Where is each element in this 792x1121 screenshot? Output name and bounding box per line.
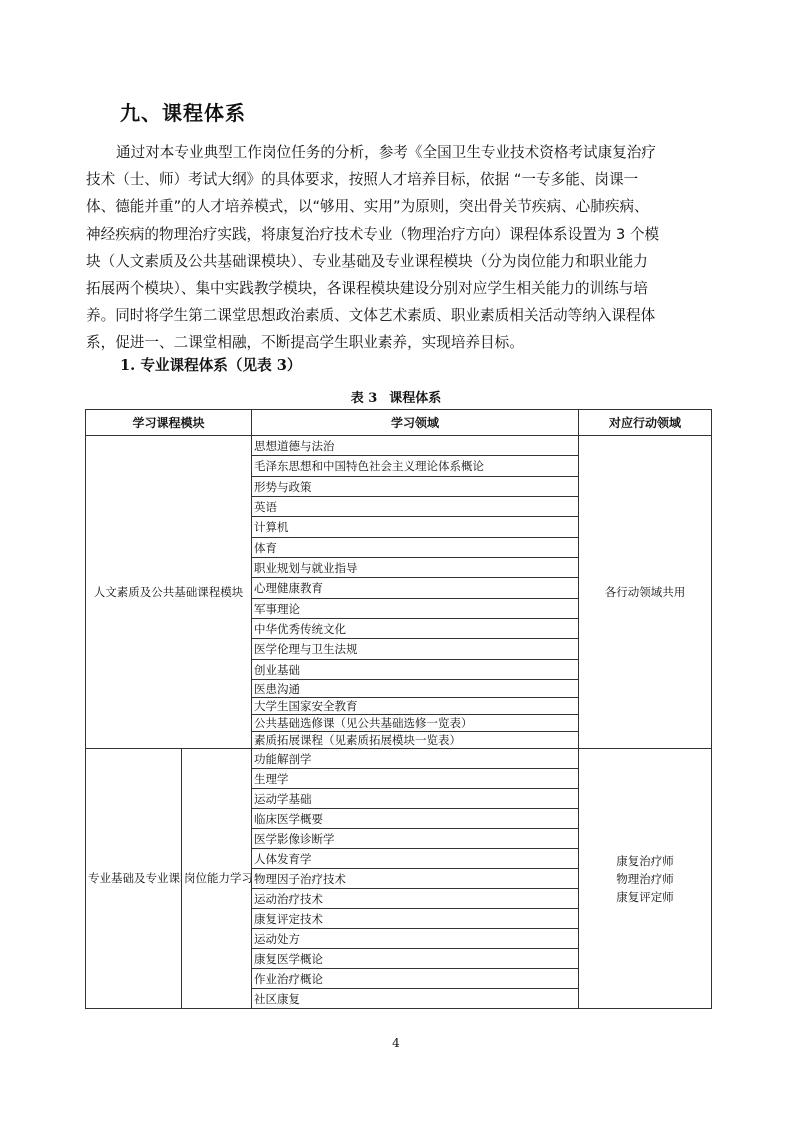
area-cell: 形势与政策: [252, 477, 579, 497]
table-row: 人文素质及公共基础课程模块思想道德与法治各行动领域共用: [86, 436, 712, 456]
table-caption-number: 表 3: [351, 391, 378, 406]
action-line: 康复评定师: [581, 888, 709, 906]
table-caption-title: 课程体系: [389, 391, 441, 406]
area-cell: 军事理论: [252, 599, 579, 619]
subsection-heading: 1. 专业课程体系（见表 3）: [120, 354, 302, 375]
area-cell: 作业治疗概论: [252, 969, 579, 989]
area-cell: 计算机: [252, 517, 579, 538]
table-caption: 表 3课程体系: [0, 387, 792, 406]
paragraph-line: 体、德能并重”的人才培养模式，以“够用、实用”为原则，突出骨关节疾病、心肺疾病、: [86, 193, 710, 220]
paragraph-line: 块（人文素质及公共基础课模块）、专业基础及专业课程模块（分为岗位能力和职业能力: [86, 248, 710, 275]
header-area: 学习领域: [252, 410, 579, 436]
header-action: 对应行动领域: [579, 410, 712, 436]
module-cell: 专业基础及专业课程模块: [86, 749, 182, 1009]
area-cell: 大学生国家安全教育: [252, 698, 579, 715]
area-cell: 中华优秀传统文化: [252, 619, 579, 639]
area-cell: 人体发育学: [252, 849, 579, 869]
course-system-table: 学习课程模块 学习领域 对应行动领域 人文素质及公共基础课程模块思想道德与法治各…: [85, 409, 712, 1009]
header-module: 学习课程模块: [86, 410, 252, 436]
paragraph-line: 养。同时将学生第二课堂思想政治素质、文体艺术素质、职业素质相关活动等纳入课程体: [86, 302, 710, 329]
area-cell: 思想道德与法治: [252, 436, 579, 456]
area-cell: 功能解剖学: [252, 749, 579, 769]
area-cell: 职业规划与就业指导: [252, 558, 579, 578]
area-cell: 运动学基础: [252, 789, 579, 809]
area-cell: 体育: [252, 538, 579, 558]
area-cell: 医学伦理与卫生法规: [252, 639, 579, 660]
area-cell: 公共基础选修课（见公共基础选修一览表）: [252, 715, 579, 732]
area-cell: 素质拓展课程（见素质拓展模块一览表）: [252, 732, 579, 749]
area-cell: 毛泽东思想和中国特色社会主义理论体系概论: [252, 456, 579, 477]
action-line: 康复治疗师: [581, 852, 709, 870]
area-cell: 社区康复: [252, 989, 579, 1009]
paragraph-line: 神经疾病的物理治疗实践，将康复治疗技术专业（物理治疗方向）课程体系设置为 3 个…: [86, 221, 710, 248]
area-cell: 医患沟通: [252, 680, 579, 698]
paragraph-line: 系，促进一、二课堂相融，不断提高学生职业素养，实现培养目标。: [86, 329, 710, 356]
area-cell: 创业基础: [252, 660, 579, 680]
page-number: 4: [0, 1036, 792, 1050]
document-page: 九、课程体系 通过对本专业典型工作岗位任务的分析，参考《全国卫生专业技术资格考试…: [0, 0, 792, 1121]
area-cell: 运动处方: [252, 929, 579, 949]
area-cell: 英语: [252, 497, 579, 517]
area-cell: 心理健康教育: [252, 578, 579, 599]
paragraph-line: 拓展两个模块）、集中实践教学模块，各课程模块建设分别对应学生相关能力的训练与培: [86, 275, 710, 302]
submodule-cell: 岗位能力学习模块: [182, 749, 252, 1009]
section-heading: 九、课程体系: [120, 97, 246, 126]
paragraph-line: 通过对本专业典型工作岗位任务的分析，参考《全国卫生专业技术资格考试康复治疗: [86, 139, 710, 166]
table-row: 专业基础及专业课程模块岗位能力学习模块功能解剖学康复治疗师物理治疗师康复评定师: [86, 749, 712, 769]
action-cell: 康复治疗师物理治疗师康复评定师: [579, 749, 712, 1009]
paragraph-line: 技术（士、师）考试大纲》的具体要求，按照人才培养目标，依据 “一专多能、岗课一: [86, 166, 710, 193]
module-cell: 人文素质及公共基础课程模块: [86, 436, 252, 749]
area-cell: 医学影像诊断学: [252, 829, 579, 849]
area-cell: 物理因子治疗技术: [252, 869, 579, 889]
area-cell: 生理学: [252, 769, 579, 789]
area-cell: 康复评定技术: [252, 909, 579, 929]
area-cell: 临床医学概要: [252, 809, 579, 829]
area-cell: 康复医学概论: [252, 949, 579, 969]
intro-paragraph: 通过对本专业典型工作岗位任务的分析，参考《全国卫生专业技术资格考试康复治疗 技术…: [86, 139, 710, 357]
action-line: 物理治疗师: [581, 870, 709, 888]
action-cell: 各行动领域共用: [579, 436, 712, 749]
area-cell: 运动治疗技术: [252, 889, 579, 909]
table-header-row: 学习课程模块 学习领域 对应行动领域: [86, 410, 712, 436]
